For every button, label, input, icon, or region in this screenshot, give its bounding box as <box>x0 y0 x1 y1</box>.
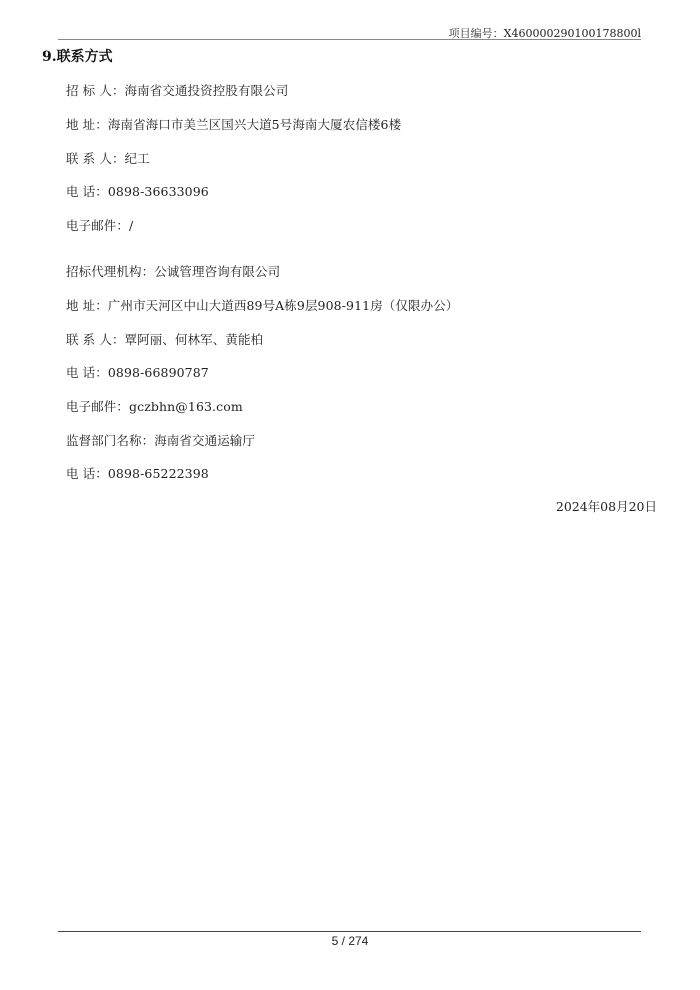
header-divider <box>58 39 641 40</box>
supervisor-phone: 电 话：0898-65222398 <box>66 464 209 482</box>
agency-name: 招标代理机构：公诚管理咨询有限公司 <box>66 262 280 280</box>
tenderer-address: 地 址：海南省海口市美兰区国兴大道5号海南大厦农信楼6楼 <box>66 115 401 133</box>
tenderer-phone: 电 话：0898-36633096 <box>66 182 209 200</box>
tenderer-email: 电子邮件：/ <box>66 216 133 234</box>
tenderer-contact: 联 系 人：纪工 <box>66 149 150 167</box>
agency-email: 电子邮件：gczbhn@163.com <box>66 397 243 415</box>
agency-contact: 联 系 人：覃阿丽、何林军、黄能柏 <box>66 330 263 348</box>
page-number: 5 / 274 <box>0 934 700 948</box>
document-date: 2024年08月20日 <box>556 497 657 515</box>
agency-address: 地 址：广州市天河区中山大道西89号A栋9层908-911房（仅限办公） <box>66 296 458 314</box>
tenderer-name: 招 标 人：海南省交通投资控股有限公司 <box>66 81 288 99</box>
agency-phone: 电 话：0898-66890787 <box>66 363 209 381</box>
supervisor-name: 监督部门名称：海南省交通运输厅 <box>66 431 255 449</box>
section-title: 9.联系方式 <box>42 46 113 66</box>
footer-divider <box>58 931 641 932</box>
